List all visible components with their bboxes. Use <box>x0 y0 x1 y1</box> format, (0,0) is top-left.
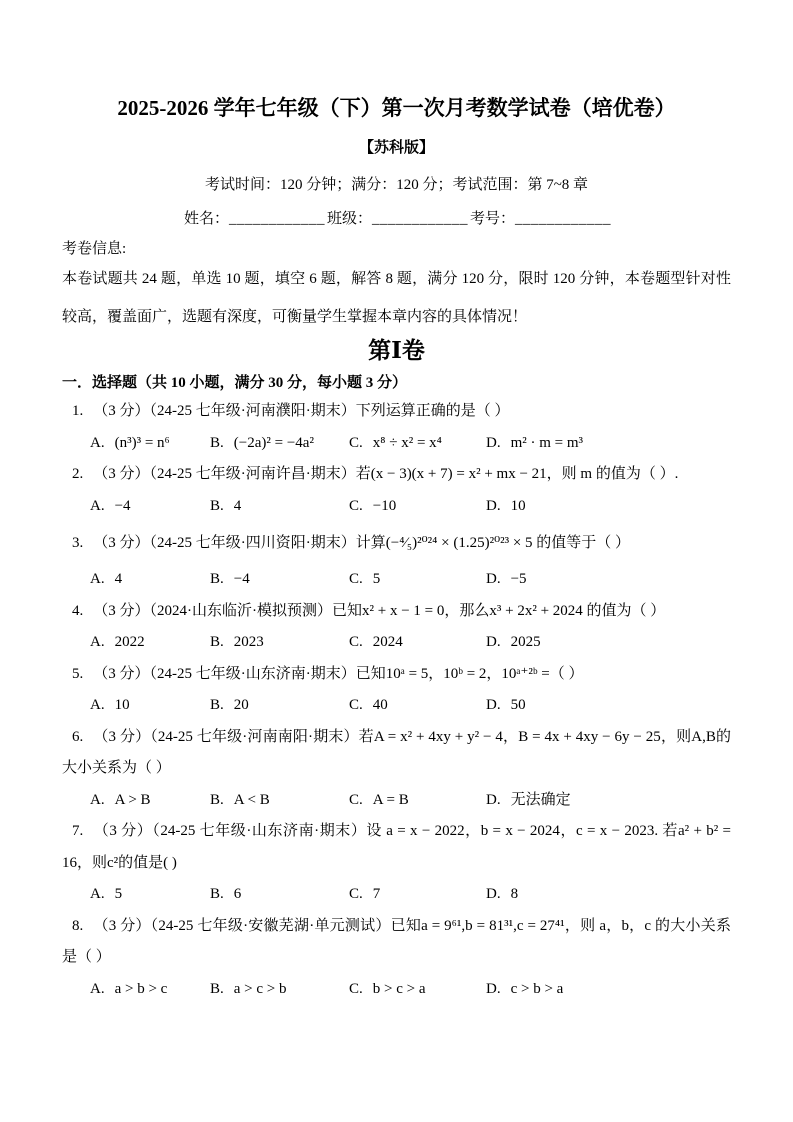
question-2-option-d: D.10 <box>486 491 731 523</box>
option-label: A. <box>90 435 105 451</box>
question-1-body: （3 分）（24-25 七年级·河南濮阳·期末）下列运算正确的是（ ） <box>93 403 509 419</box>
question-5-option-c: C.40 <box>349 690 486 722</box>
option-text: 5 <box>115 886 123 902</box>
class-label: 班级： <box>327 211 372 227</box>
option-label: C. <box>349 498 363 514</box>
name-blank: ____________ <box>229 211 325 227</box>
option-label: C. <box>349 792 363 808</box>
question-3-option-c: C.5 <box>349 564 486 596</box>
option-label: C. <box>349 886 363 902</box>
option-text: 2023 <box>234 634 264 650</box>
option-text: 20 <box>234 697 249 713</box>
question-3-number: 3. <box>72 535 83 551</box>
option-label: B. <box>210 981 224 997</box>
question-8-option-c: C.b > c > a <box>349 974 486 1006</box>
question-8-body: （3 分）（24-25 七年级·安徽芜湖·单元测试）已知a = 9⁶¹,b = … <box>62 918 731 966</box>
question-7-number: 7. <box>72 823 83 839</box>
option-text: −10 <box>373 498 396 514</box>
option-text: 2025 <box>511 634 541 650</box>
question-3: 3.（3 分）（24-25 七年级·四川资阳·期末）计算(−⁴⁄₅)²⁰²⁴ ×… <box>62 522 731 596</box>
question-6-option-d: D.无法确定 <box>486 785 731 817</box>
question-6-number: 6. <box>72 729 83 745</box>
question-5-option-a: A.10 <box>90 690 210 722</box>
question-7-option-c: C.7 <box>349 879 486 911</box>
option-label: A. <box>90 697 105 713</box>
question-4-option-c: C.2024 <box>349 627 486 659</box>
part-one-title: 第Ⅰ卷 <box>62 336 731 366</box>
option-text: 无法确定 <box>511 792 571 808</box>
question-5-options: A.10 B.20 C.40 D.50 <box>62 690 731 722</box>
exam-info-heading: 考卷信息: <box>62 239 731 260</box>
question-4: 4.（3 分）（2024·山东临沂·模拟预测）已知x² + x − 1 = 0，… <box>62 596 731 659</box>
exam-number-label: 考号： <box>470 211 515 227</box>
student-info-line: 姓名：____________班级：____________考号：_______… <box>62 208 731 230</box>
option-text: 50 <box>511 697 526 713</box>
option-text: −5 <box>511 571 527 587</box>
option-label: B. <box>210 435 224 451</box>
question-2-option-c: C.−10 <box>349 491 486 523</box>
option-label: A. <box>90 886 105 902</box>
question-8: 8.（3 分）（24-25 七年级·安徽芜湖·单元测试）已知a = 9⁶¹,b … <box>62 911 731 1006</box>
question-5-option-d: D.50 <box>486 690 731 722</box>
option-label: B. <box>210 571 224 587</box>
question-7-option-b: B.6 <box>210 879 349 911</box>
question-7: 7.（3 分）（24-25 七年级·山东济南·期末）设 a = x − 2022… <box>62 816 731 911</box>
question-1-options: A.(n³)³ = n⁶ B.(−2a)² = −4a² C.x⁸ ÷ x² =… <box>62 428 731 460</box>
option-label: D. <box>486 435 501 451</box>
question-8-option-d: D.c > b > a <box>486 974 731 1006</box>
option-label: C. <box>349 981 363 997</box>
question-6: 6.（3 分）（24-25 七年级·河南南阳·期末）若A = x² + 4xy … <box>62 722 731 817</box>
option-text: 4 <box>234 498 242 514</box>
section-heading-choice: 一．选择题（共 10 小题，满分 30 分，每小题 3 分） <box>62 372 731 394</box>
question-5-text: 5.（3 分）（24-25 七年级·山东济南·期末）已知10ᵃ = 5，10ᵇ … <box>62 659 731 691</box>
option-text: 7 <box>373 886 381 902</box>
option-text: 10 <box>115 697 130 713</box>
question-1-option-a: A.(n³)³ = n⁶ <box>90 428 210 460</box>
option-label: B. <box>210 886 224 902</box>
option-label: A. <box>90 634 105 650</box>
option-text: a > b > c <box>115 981 168 997</box>
option-text: 2024 <box>373 634 403 650</box>
question-1-option-d: D.m² · m = m³ <box>486 428 731 460</box>
option-label: C. <box>349 571 363 587</box>
question-4-text: 4.（3 分）（2024·山东临沂·模拟预测）已知x² + x − 1 = 0，… <box>62 596 731 628</box>
name-label: 姓名： <box>184 211 229 227</box>
question-1-number: 1. <box>72 403 83 419</box>
class-blank: ____________ <box>372 211 468 227</box>
option-label: B. <box>210 792 224 808</box>
option-text: 40 <box>373 697 388 713</box>
question-2-options: A.−4 B.4 C.−10 D.10 <box>62 491 731 523</box>
option-label: D. <box>486 571 501 587</box>
option-label: A. <box>90 498 105 514</box>
question-7-options: A.5 B.6 C.7 D.8 <box>62 879 731 911</box>
question-7-option-d: D.8 <box>486 879 731 911</box>
option-text: 5 <box>373 571 381 587</box>
option-text: x⁸ ÷ x² = x⁴ <box>373 435 442 451</box>
option-text: b > c > a <box>373 981 426 997</box>
option-text: −4 <box>234 571 250 587</box>
question-8-number: 8. <box>72 918 83 934</box>
option-text: (−2a)² = −4a² <box>234 435 314 451</box>
question-4-option-d: D.2025 <box>486 627 731 659</box>
question-8-text: 8.（3 分）（24-25 七年级·安徽芜湖·单元测试）已知a = 9⁶¹,b … <box>62 911 731 974</box>
option-label: C. <box>349 697 363 713</box>
option-text: 10 <box>511 498 526 514</box>
question-2-body: （3 分）（24-25 七年级·河南许昌·期末）若(x − 3)(x + 7) … <box>93 466 678 482</box>
option-text: 2022 <box>115 634 145 650</box>
question-1-text: 1.（3 分）（24-25 七年级·河南濮阳·期末）下列运算正确的是（ ） <box>62 396 731 428</box>
question-2-option-b: B.4 <box>210 491 349 523</box>
question-5: 5.（3 分）（24-25 七年级·山东济南·期末）已知10ᵃ = 5，10ᵇ … <box>62 659 731 722</box>
option-label: D. <box>486 981 501 997</box>
question-1-option-c: C.x⁸ ÷ x² = x⁴ <box>349 428 486 460</box>
option-label: D. <box>486 886 501 902</box>
question-7-text: 7.（3 分）（24-25 七年级·山东济南·期末）设 a = x − 2022… <box>62 816 731 879</box>
exam-meta-line: 考试时间：120 分钟；满分：120 分；考试范围：第 7~8 章 <box>62 175 731 196</box>
question-5-body: （3 分）（24-25 七年级·山东济南·期末）已知10ᵃ = 5，10ᵇ = … <box>93 666 583 682</box>
option-label: A. <box>90 981 105 997</box>
option-label: B. <box>210 697 224 713</box>
option-text: a > c > b <box>234 981 287 997</box>
question-2-option-a: A.−4 <box>90 491 210 523</box>
question-5-number: 5. <box>72 666 83 682</box>
question-6-option-b: B.A < B <box>210 785 349 817</box>
option-text: (n³)³ = n⁶ <box>115 435 170 451</box>
question-4-body: （3 分）（2024·山东临沂·模拟预测）已知x² + x − 1 = 0，那么… <box>93 603 665 619</box>
option-label: A. <box>90 792 105 808</box>
question-6-option-c: C.A = B <box>349 785 486 817</box>
option-label: C. <box>349 435 363 451</box>
option-text: m² · m = m³ <box>511 435 583 451</box>
option-label: C. <box>349 634 363 650</box>
exam-info-text: 本卷试题共 24 题，单选 10 题，填空 6 题，解答 8 题，满分 120 … <box>62 260 731 336</box>
question-3-option-b: B.−4 <box>210 564 349 596</box>
option-text: A < B <box>234 792 270 808</box>
question-3-option-d: D.−5 <box>486 564 731 596</box>
option-text: c > b > a <box>511 981 564 997</box>
question-3-body: （3 分）（24-25 七年级·四川资阳·期末）计算(−⁴⁄₅)²⁰²⁴ × (… <box>93 535 630 551</box>
option-label: A. <box>90 571 105 587</box>
option-text: 4 <box>115 571 123 587</box>
option-label: B. <box>210 498 224 514</box>
exam-paper-page: 2025-2026 学年七年级（下）第一次月考数学试卷（培优卷） 【苏科版】 考… <box>0 0 793 1122</box>
question-6-option-a: A.A > B <box>90 785 210 817</box>
question-2-number: 2. <box>72 466 83 482</box>
question-8-options: A.a > b > c B.a > c > b C.b > c > a D.c … <box>62 974 731 1006</box>
option-text: A > B <box>115 792 151 808</box>
question-6-text: 6.（3 分）（24-25 七年级·河南南阳·期末）若A = x² + 4xy … <box>62 722 731 785</box>
exam-number-blank: ____________ <box>515 211 611 227</box>
question-4-option-a: A.2022 <box>90 627 210 659</box>
question-6-body: （3 分）（24-25 七年级·河南南阳·期末）若A = x² + 4xy + … <box>62 729 731 777</box>
question-1: 1.（3 分）（24-25 七年级·河南濮阳·期末）下列运算正确的是（ ） A.… <box>62 396 731 459</box>
question-4-options: A.2022 B.2023 C.2024 D.2025 <box>62 627 731 659</box>
option-text: 8 <box>511 886 519 902</box>
question-8-option-a: A.a > b > c <box>90 974 210 1006</box>
option-label: D. <box>486 498 501 514</box>
question-3-option-a: A.4 <box>90 564 210 596</box>
question-1-option-b: B.(−2a)² = −4a² <box>210 428 349 460</box>
question-7-body: （3 分）（24-25 七年级·山东济南·期末）设 a = x − 2022，b… <box>62 823 731 871</box>
option-label: D. <box>486 634 501 650</box>
option-text: 6 <box>234 886 242 902</box>
question-3-options: A.4 B.−4 C.5 D.−5 <box>62 564 731 596</box>
question-6-options: A.A > B B.A < B C.A = B D.无法确定 <box>62 785 731 817</box>
question-4-number: 4. <box>72 603 83 619</box>
question-2-text: 2.（3 分）（24-25 七年级·河南许昌·期末）若(x − 3)(x + 7… <box>62 459 731 491</box>
option-text: A = B <box>373 792 409 808</box>
question-2: 2.（3 分）（24-25 七年级·河南许昌·期末）若(x − 3)(x + 7… <box>62 459 731 522</box>
question-3-text: 3.（3 分）（24-25 七年级·四川资阳·期末）计算(−⁴⁄₅)²⁰²⁴ ×… <box>62 522 731 564</box>
question-5-option-b: B.20 <box>210 690 349 722</box>
option-label: D. <box>486 697 501 713</box>
option-text: −4 <box>115 498 131 514</box>
option-label: D. <box>486 792 501 808</box>
question-7-option-a: A.5 <box>90 879 210 911</box>
question-8-option-b: B.a > c > b <box>210 974 349 1006</box>
page-title: 2025-2026 学年七年级（下）第一次月考数学试卷（培优卷） <box>62 94 731 122</box>
question-4-option-b: B.2023 <box>210 627 349 659</box>
edition-label: 【苏科版】 <box>62 138 731 159</box>
option-label: B. <box>210 634 224 650</box>
